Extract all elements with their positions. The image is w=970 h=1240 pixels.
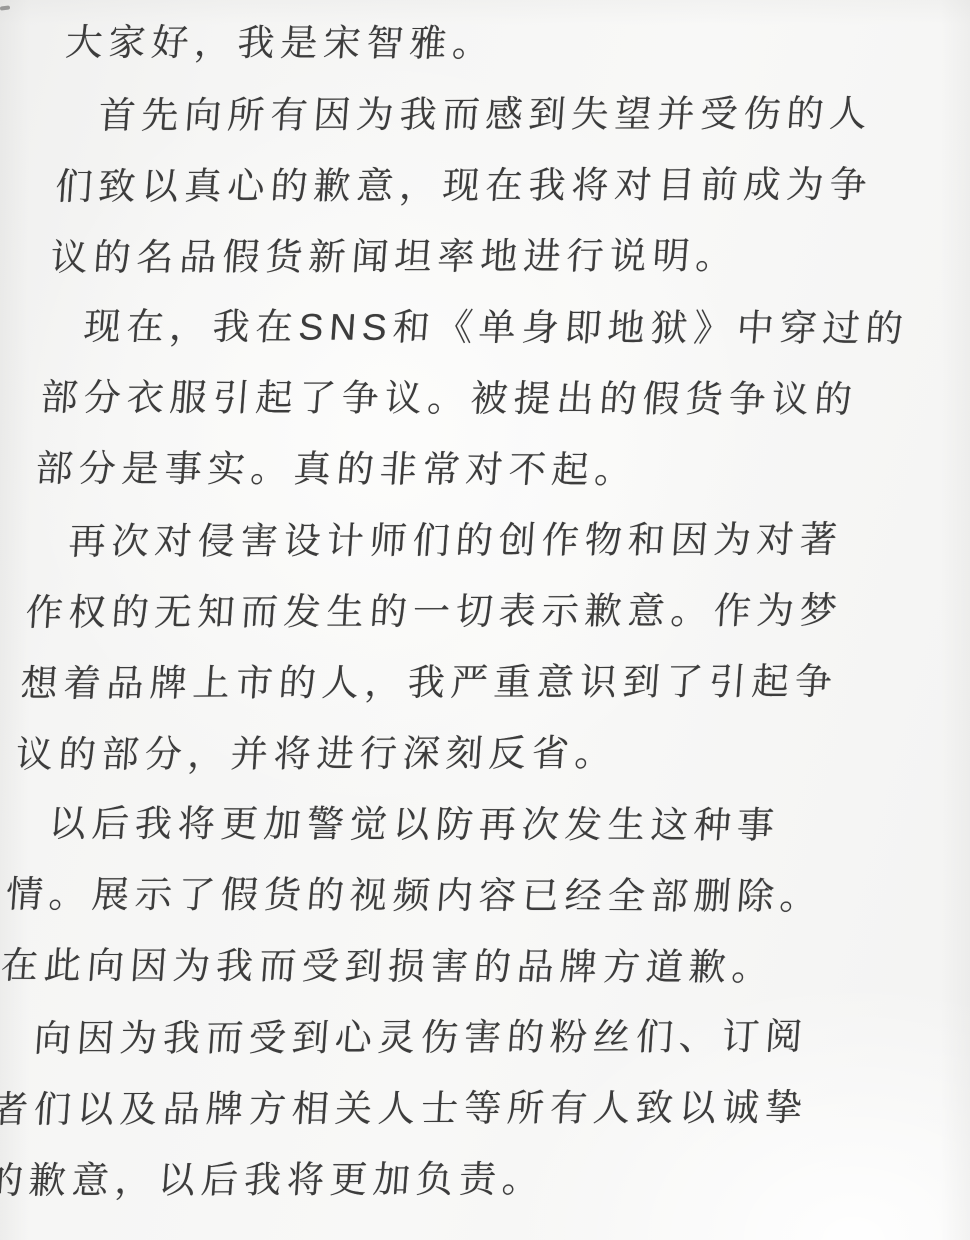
scan-artifact-mark <box>0 5 10 10</box>
handwritten-line: 部分衣服引起了争议。被提出的假货争议的 <box>38 362 903 435</box>
paragraph-designers-apology: 再次对侵害设计师们的创作物和因为对著 作权的无知而发生的一切表示歉意。作为梦 想… <box>13 505 893 789</box>
handwritten-line: 情。展示了假货的视频内容已经全部删除。 <box>3 859 868 932</box>
handwritten-line: 在此向因为我而受到损害的品牌方道歉。 <box>0 930 863 1003</box>
handwritten-line: 以后我将更加警觉以防再次发生这种事 <box>8 788 873 861</box>
handwritten-line: 者们以及品牌方相关人士等所有人致以诚挚 <box>0 1072 854 1145</box>
paragraph-greeting: 大家好，我是宋智雅。 <box>63 8 928 79</box>
handwritten-line: 大家好，我是宋智雅。 <box>63 7 928 80</box>
handwritten-line: 现在，我在SNS和《单身即地狱》中穿过的 <box>43 291 908 364</box>
handwritten-line: 首先向所有因为我而感到失望并受伤的人 <box>58 78 923 151</box>
handwritten-line: 想着品牌上市的人，我严重意识到了引起争 <box>18 646 883 719</box>
paragraph-closing-apology: 向因为我而受到心灵伤害的粉丝们、订阅 者们以及品牌方相关人士等所有人致以诚挚 的… <box>0 1002 858 1215</box>
handwritten-line: 部分是事实。真的非常对不起。 <box>33 433 898 506</box>
handwritten-line: 作权的无知而发生的一切表示歉意。作为梦 <box>23 575 888 648</box>
handwritten-letter: 大家好，我是宋智雅。 首先向所有因为我而感到失望并受伤的人 们致以真心的歉意，现… <box>0 8 928 1215</box>
handwritten-line: 们致以真心的歉意，现在我将对目前成为争 <box>53 149 918 222</box>
letter-paper: 大家好，我是宋智雅。 首先向所有因为我而感到失望并受伤的人 们致以真心的歉意，现… <box>0 0 970 1240</box>
paragraph-future-vigilance: 以后我将更加警觉以防再次发生这种事 情。展示了假货的视频内容已经全部删除。 在此… <box>0 789 873 1002</box>
paragraph-apology-intro: 首先向所有因为我而感到失望并受伤的人 们致以真心的歉意，现在我将对目前成为争 议… <box>48 79 923 292</box>
handwritten-line: 议的部分，并将进行深刻反省。 <box>13 717 878 790</box>
handwritten-line: 再次对侵害设计师们的创作物和因为对著 <box>28 504 893 577</box>
paragraph-controversy-facts: 现在，我在SNS和《单身即地狱》中穿过的 部分衣服引起了争议。被提出的假货争议的… <box>33 292 908 505</box>
handwritten-line: 向因为我而受到心灵伤害的粉丝们、订阅 <box>0 1001 858 1074</box>
handwritten-line: 议的名品假货新闻坦率地进行说明。 <box>48 220 913 293</box>
handwritten-line: 的歉意，以后我将更加负责。 <box>0 1143 849 1216</box>
